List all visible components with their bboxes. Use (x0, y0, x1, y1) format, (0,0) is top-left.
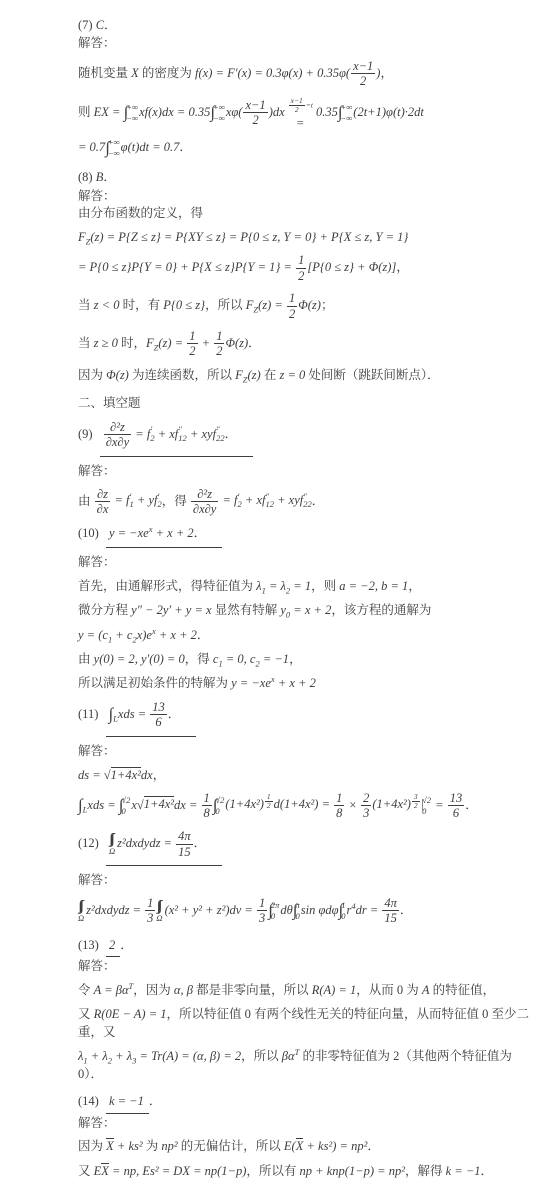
answer-7: (7) C． (78, 16, 538, 34)
solution-label-11: 解答： (78, 743, 538, 760)
line-fz-conclusion: 因为 Φ(z) 为连续函数，所以 FZ(z) 在 z = 0 处间断（跳跃间断点… (78, 366, 538, 384)
solution-label-10: 解答： (78, 554, 538, 571)
line-ex-result: = 0.7∫+∞−∞φ(t)dt = 0.7． (78, 136, 538, 161)
solution-label-7: 解答： (78, 35, 538, 52)
solution-label-13: 解答： (78, 958, 538, 975)
line-triple-integral: ∫∫∫Ωz²dxdydz = 13∫∫∫Ω(x² + y² + z²)dv = … (78, 895, 538, 927)
answer-14: (14) k = −1． (78, 1091, 538, 1113)
line-initial: 由 y(0) = 2, y′(0) = 0，得 c1 = 0, c2 = −1， (78, 650, 538, 668)
line-unbiased: 因为 X + ks² 为 np² 的无偏估计，所以 E(X + ks²) = n… (78, 1137, 538, 1155)
line-ds: ds = √1+4x²dx， (78, 766, 538, 784)
line-fz-2: = P{0 ≤ z}P{Y = 0} + P{X ≤ z}P{Y = 1} = … (78, 252, 538, 284)
line-rank: 令 A = βαT，因为 α, β 都是非零向量，所以 R(A) = 1，从而 … (78, 981, 538, 999)
line-eigen: 首先，由通解形式，得特征值为 λ1 = λ2 = 1，则 a = −2, b =… (78, 577, 538, 595)
answer-8: (8) B． (78, 168, 538, 186)
solution-label-14: 解答： (78, 1115, 538, 1132)
answer-9: (9) ∂²z∂x∂y = f′2 + xf″12 + xyf″22． (78, 418, 538, 457)
document-page: (7) C．解答：随机变量 X 的密度为 f(x) = F′(x) = 0.3φ… (0, 0, 550, 1198)
answer-11: (11) ∫Lxds = 136． (78, 698, 538, 737)
section-fill-in: 二、填空题 (78, 394, 538, 412)
document-body: (7) C．解答：随机变量 X 的密度为 f(x) = F′(x) = 0.3φ… (78, 16, 538, 1180)
line-cdf-def: 由分布函数的定义，得 (78, 205, 538, 222)
line-density: 随机变量 X 的密度为 f(x) = F′(x) = 0.3φ(x) + 0.3… (78, 58, 538, 90)
line-fz-neg: 当 z < 0 时，有 P{0 ≤ z}，所以 FZ(z) = 12Φ(z)； (78, 290, 538, 322)
line-trace: λ1 + λ2 + λ3 = Tr(A) = (α, β) = 2，所以 βαT… (78, 1047, 538, 1083)
solution-label-9: 解答： (78, 463, 538, 480)
line-ode: 微分方程 y″ − 2y′ + y = x 显然有特解 y0 = x + 2，该… (78, 601, 538, 619)
line-rank2: 又 R(0E − A) = 1，所以特征值 0 有两个线性无关的特征向量，从而特… (78, 1005, 538, 1041)
line-ex-integral: 则 EX = ∫+∞−∞xf(x)dx = 0.35∫+∞−∞xφ(x−12)d… (78, 96, 538, 130)
line-solve-k: 又 EX = np, Es² = DX = np(1−p)，所以有 np + k… (78, 1162, 538, 1180)
solution-label-8: 解答： (78, 188, 538, 205)
line-fz-pos: 当 z ≥ 0 时，FZ(z) = 12 + 12Φ(z)． (78, 328, 538, 360)
line-line-integral: ∫Lxds = ∫√20x√1+4x²dx = 18∫√20(1+4x²)12d… (78, 790, 538, 822)
answer-13: (13) 2． (78, 935, 538, 957)
line-partials: 由 ∂z∂x = f′1 + yf′2，得 ∂²z∂x∂y = f′2 + xf… (78, 486, 538, 518)
line-fz-1: FZ(z) = P{Z ≤ z} = P{XY ≤ z} = P{0 ≤ z, … (78, 228, 538, 246)
line-general-solution: y = (c1 + c2x)ex + x + 2． (78, 626, 538, 644)
answer-12: (12) ∫∫∫Ωz²dxdydz = 4π15． (78, 827, 538, 866)
solution-label-12: 解答： (78, 872, 538, 889)
answer-10: (10) y = −xex + x + 2． (78, 523, 538, 548)
line-particular: 所以满足初始条件的特解为 y = −xex + x + 2 (78, 674, 538, 692)
